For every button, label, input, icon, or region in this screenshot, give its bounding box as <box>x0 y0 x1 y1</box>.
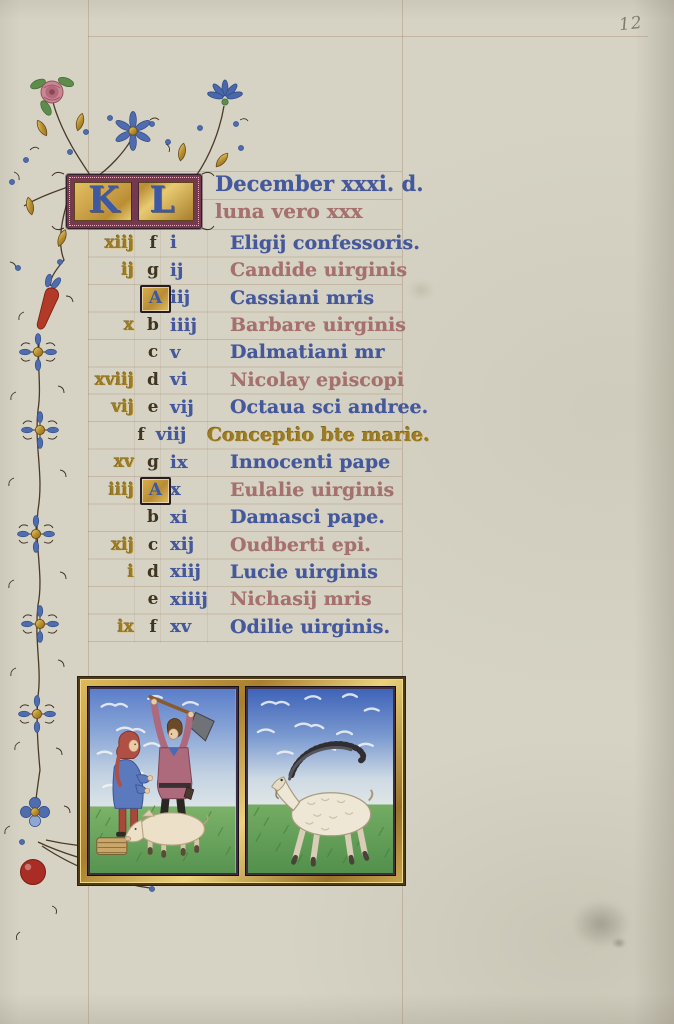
gold-leaf <box>177 143 187 162</box>
calendar-row: xv g ix Innocenti pape <box>78 449 430 476</box>
parchment-stain <box>612 938 626 948</box>
folio-number: 12 <box>618 13 644 35</box>
bottom-flower <box>20 797 49 826</box>
golden-number: xiij <box>78 233 140 253</box>
calendar-row: xij c xij Oudberti epi. <box>78 531 430 558</box>
gold-leaf <box>25 196 35 215</box>
golden-number: iiij <box>78 480 140 500</box>
dominical-letter: f <box>140 233 166 253</box>
gold-leaf <box>74 112 85 131</box>
feast-entry: Eligij confessoris. <box>220 232 430 254</box>
golden-number: i <box>78 562 140 582</box>
feast-entry: Lucie uirginis <box>220 561 430 583</box>
stick-bundle <box>97 838 127 855</box>
chain-motif <box>22 606 59 643</box>
day-numeral: vij <box>166 397 220 418</box>
day-numeral: xiij <box>166 561 220 582</box>
chain-motif <box>18 516 55 553</box>
day-numeral: iiij <box>166 315 220 336</box>
calendar-row: vij e vij Octaua sci andree. <box>78 394 430 421</box>
dominical-letter: g <box>140 452 166 472</box>
dominical-letter: e <box>140 397 166 417</box>
dominical-letter: d <box>140 562 166 582</box>
golden-number: x <box>78 315 140 335</box>
chain-motif <box>20 334 57 371</box>
dominical-letter: b <box>140 507 166 527</box>
feast-entry: Octaua sci andree. <box>220 396 430 418</box>
calendar-row: ij g ij Candide uirginis <box>78 256 430 283</box>
dominical-letter: b <box>140 315 166 335</box>
calendar-row: x b iiij Barbare uirginis <box>78 311 430 338</box>
cornflower <box>207 80 243 105</box>
dominical-letter: e <box>140 589 166 609</box>
red-berry <box>21 860 46 885</box>
calendar-row: A iij Cassiani mris <box>78 284 430 311</box>
month-header: December xxxi. d. <box>215 171 424 196</box>
golden-number: ij <box>78 260 140 280</box>
day-numeral: xi <box>166 507 220 528</box>
chain-motif <box>19 696 56 733</box>
feast-entry: Dalmatiani mr <box>220 341 430 363</box>
golden-number: vij <box>78 397 140 417</box>
manuscript-page: KL December xxxi. d. luna vero xxx xiij … <box>0 0 674 1024</box>
dominical-letter: g <box>140 260 166 280</box>
miniature-diptych-frame <box>78 677 405 885</box>
rose-flower <box>29 76 75 117</box>
golden-number: xv <box>78 452 140 472</box>
golden-number: xij <box>78 535 140 555</box>
calendar-row: c v Dalmatiani mr <box>78 339 430 366</box>
dominical-letter: c <box>140 342 166 362</box>
calendar-row: ix f xv Odilie uirginis. <box>78 613 430 640</box>
luna-line: luna vero xxx <box>215 199 363 223</box>
miniature-december-labor <box>88 687 238 875</box>
calendar-row: iiij A x Eulalie uirginis <box>78 476 430 503</box>
golden-number: xviij <box>78 370 140 390</box>
feast-entry: Cassiani mris <box>220 287 430 309</box>
dominical-letter: f <box>130 425 151 445</box>
day-numeral: iij <box>166 287 220 308</box>
star-flower <box>114 112 151 151</box>
feast-entry: Odilie uirginis. <box>220 616 430 638</box>
gold-leaf <box>35 119 50 138</box>
illuminated-dominical-a: A <box>140 477 171 505</box>
miniature-capricorn <box>246 687 396 875</box>
calendar-row: b xi Damasci pape. <box>78 503 430 530</box>
day-numeral: vi <box>166 369 220 390</box>
day-numeral: xiiij <box>166 589 220 610</box>
feast-entry: Oudberti epi. <box>220 534 430 556</box>
day-numeral: v <box>166 342 220 363</box>
feast-entry: Damasci pape. <box>220 506 430 528</box>
feast-entry: Eulalie uirginis <box>220 479 430 501</box>
day-numeral: viij <box>152 424 197 445</box>
calendar-table: xiij f i Eligij confessoris. ij g ij Can… <box>78 229 430 641</box>
parchment-stain <box>408 280 434 300</box>
day-numeral: i <box>166 232 220 253</box>
day-numeral: xij <box>166 534 220 555</box>
day-numeral: ij <box>166 260 220 281</box>
day-numeral: x <box>166 479 220 500</box>
dominical-letter: f <box>140 617 166 637</box>
feast-entry: Nichasij mris <box>220 588 430 610</box>
day-numeral: xv <box>166 616 220 637</box>
feast-entry: Barbare uirginis <box>220 314 430 336</box>
gold-leaf <box>214 151 231 169</box>
feast-entry: Candide uirginis <box>220 259 430 281</box>
kl-monogram-block: KL <box>66 174 202 229</box>
chain-motif <box>22 412 59 449</box>
gold-leaf <box>55 228 68 247</box>
calendar-row: i d xiij Lucie uirginis <box>78 558 430 585</box>
feast-entry: Nicolay episcopi <box>220 369 430 391</box>
carrot-pod <box>35 274 63 332</box>
feast-entry: Innocenti pape <box>220 451 430 473</box>
calendar-row: e xiiij Nichasij mris <box>78 586 430 613</box>
golden-number: ix <box>78 617 140 637</box>
kl-letters: KL <box>88 179 205 221</box>
calendar-row: f viij Conceptio bte marie. <box>78 421 430 448</box>
illuminated-dominical-a: A <box>140 285 171 313</box>
calendar-row: xviij d vi Nicolay episcopi <box>78 366 430 393</box>
dominical-letter: c <box>140 535 166 555</box>
dominical-letter: d <box>140 370 166 390</box>
day-numeral: ix <box>166 452 220 473</box>
feast-entry: Conceptio bte marie. <box>197 424 430 446</box>
calendar-row: xiij f i Eligij confessoris. <box>78 229 430 256</box>
